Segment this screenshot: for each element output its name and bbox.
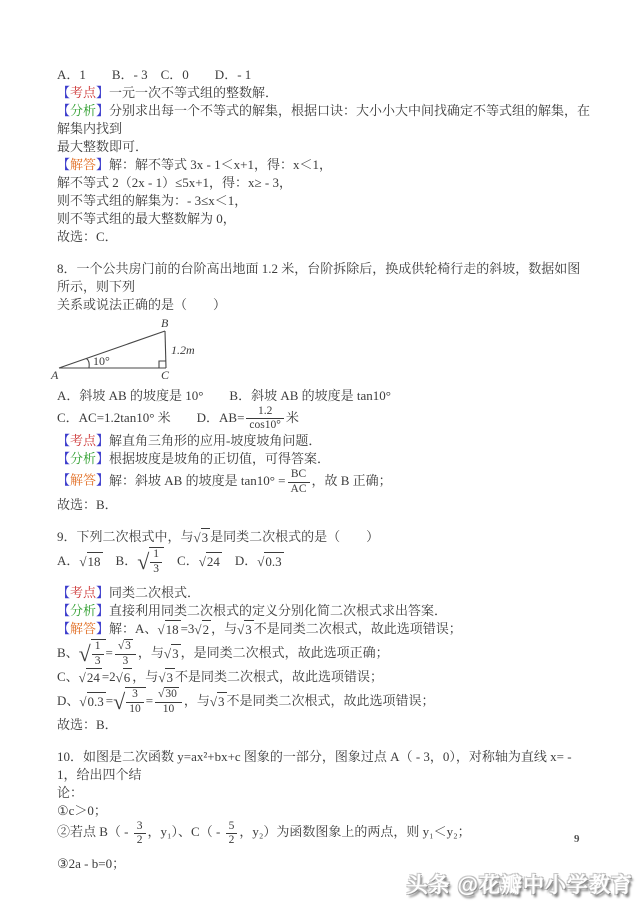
radical-sign-icon: √: [194, 529, 201, 547]
q7-jieda-line3: 则不等式组的解集为：- 3≤x＜1，: [57, 192, 591, 210]
q7-kaodian-text: 一元一次不等式组的整数解．: [109, 85, 278, 100]
q9-kaodian-line: 【考点】同类二次根式．: [57, 584, 591, 602]
radicand: 24: [206, 552, 222, 571]
numerator: 5: [226, 820, 238, 834]
q9-jieda-line-d: D、√0.3=√310=√3010，与√3不是同类二次根式，故此选项错误；: [57, 687, 591, 715]
q10-conclusion-2: ②若点 B（ - 32，y₁）、C（ - 52，y₂）为函数图象上的两点，则 y…: [57, 820, 591, 847]
kaodian-label: 考点: [70, 85, 96, 100]
text-run: ，y₂）为函数图象上的两点，则 y₁＜y₂；: [239, 824, 470, 839]
sqrt-expression: √24: [79, 668, 102, 687]
bracket-right: 】: [96, 473, 109, 488]
q9-jieda-c-math: C、√24=2√6，与√3不是同类二次根式，故此选项错误；: [57, 669, 383, 684]
radicand: 0.3: [264, 552, 283, 571]
bracket-left: 【: [57, 603, 70, 618]
jieda-label: 解答: [70, 621, 96, 636]
q7-jieda-line4: 则不等式组的最大整数解为 0，: [57, 210, 591, 228]
q8-triangle-figure: A C B 1.2m 10°: [49, 317, 591, 383]
q8-fenxi-line: 【分析】根据坡度是坡角的正切值，可得答案．: [57, 450, 591, 468]
fenxi-tag: 【分析】: [57, 451, 109, 466]
sqrt-expression: √2: [194, 620, 211, 639]
q8-jieda-line: 【解答】解：斜坡 AB 的坡度是 tan10° =BCAC，故 B 正确；: [57, 468, 591, 495]
jieda-label: 解答: [70, 473, 96, 488]
kaodian-tag: 【考点】: [57, 433, 109, 448]
q9-jieda-b-math: B、√13=√33，与√3，是同类二次根式，故此选项正确；: [57, 645, 389, 660]
kaodian-tag: 【考点】: [57, 585, 109, 600]
fraction: 1.2cos10°: [246, 405, 283, 432]
height-label: 1.2m: [171, 343, 195, 357]
fraction: 52: [226, 820, 238, 847]
radicand: 310: [125, 687, 146, 715]
radicand: 30: [164, 687, 179, 701]
text-run: C、: [57, 669, 79, 684]
q7-jieda-line2: 解不等式 2（2x - 1）≤5x+1，得：x≥ - 3，: [57, 174, 591, 192]
radical-sign-icon: √: [79, 553, 86, 571]
numerator: 1.2: [246, 405, 283, 419]
sqrt-expression: √18: [157, 620, 180, 639]
bracket-left: 【: [57, 433, 70, 448]
text-run: B、: [57, 645, 79, 660]
q9-answer-text: 故选：B．: [57, 717, 118, 732]
text-run: 是同类二次根式的是（ ）: [210, 529, 379, 544]
bracket-right: 】: [96, 603, 109, 618]
page-number: 9: [574, 833, 580, 845]
fenxi-tag: 【分析】: [57, 103, 109, 118]
text-run: C．AC=1.2tan10° 米 D．AB=: [57, 410, 244, 425]
kaodian-label: 考点: [70, 585, 96, 600]
q7-answer-text: 故选：C．: [57, 229, 118, 244]
numerator: BC: [288, 468, 310, 482]
jieda-label: 解答: [70, 157, 96, 172]
radicand: 3: [201, 528, 211, 547]
q10-conclusion-2-math: ②若点 B（ - 32，y₁）、C（ - 52，y₂）为函数图象上的两点，则 y…: [57, 824, 471, 839]
bracket-left: 【: [57, 473, 70, 488]
text-run: ②若点 B（ -: [57, 824, 132, 839]
kaodian-tag: 【考点】: [57, 85, 109, 100]
right-angle-mark: [159, 361, 166, 368]
text-run: D、: [57, 693, 79, 708]
q7-fenxi-text2: 最大整数即可．: [57, 139, 148, 154]
sqrt-expression: √3: [237, 620, 254, 639]
q8-answer-line: 故选：B．: [57, 496, 591, 514]
sqrt-expression: √310: [113, 687, 146, 715]
radical-sign-icon: √: [158, 669, 165, 687]
fenxi-label: 分析: [70, 603, 96, 618]
radical-sign-icon: √: [257, 553, 264, 571]
q7-fenxi-text: 分别求出每一个不等式的解集，根据口诀：大小小大中间找确定不等式组的解集，在解集内…: [57, 103, 590, 136]
fraction: BCAC: [288, 468, 310, 495]
sqrt-expression: √3: [210, 692, 227, 711]
radicand: 3: [244, 620, 254, 639]
jieda-tag: 【解答】: [57, 621, 109, 636]
q8-stem-text1: 8．一个公共房门前的台阶高出地面 1.2 米，台阶拆除后，换成供轮椅行走的斜坡，…: [57, 261, 580, 294]
fenxi-label: 分析: [70, 103, 96, 118]
vertex-a-label: A: [50, 368, 59, 382]
radicand: 18: [165, 620, 181, 639]
sqrt-expression: √6: [116, 668, 133, 687]
bracket-right: 】: [96, 157, 109, 172]
q7-options-text: A．1 B．- 3 C．0 D．- 1: [57, 67, 251, 82]
denominator: 2: [226, 834, 238, 847]
q10-stem-line2: 论：: [57, 784, 591, 802]
kaodian-label: 考点: [70, 433, 96, 448]
text-run: =2: [102, 669, 116, 684]
q7-kaodian-line: 【考点】一元一次不等式组的整数解．: [57, 84, 591, 102]
q8-stem-line1: 8．一个公共房门前的台阶高出地面 1.2 米，台阶拆除后，换成供轮椅行走的斜坡，…: [57, 260, 591, 296]
sqrt-expression: √30: [158, 687, 179, 701]
text-run: 米: [286, 410, 299, 425]
text-run: 不是同类二次根式，故此选项错误；: [254, 621, 462, 636]
sqrt-expression: √3: [118, 639, 133, 653]
q7-jieda-text3: 则不等式组的解集为：- 3≤x＜1，: [57, 193, 247, 208]
radicand: 3: [217, 692, 227, 711]
q8-kaodian-line: 【考点】解直角三角形的应用-坡度坡角问题．: [57, 432, 591, 450]
numerator: 3: [134, 820, 146, 834]
angle-label: 10°: [93, 354, 110, 368]
q8-fenxi-text: 根据坡度是坡角的正切值，可得答案．: [109, 451, 330, 466]
text-run: =3: [181, 621, 195, 636]
numerator: 3: [126, 688, 144, 702]
q8-options-cd-math: C．AC=1.2tan10° 米 D．AB=1.2cos10°米: [57, 410, 299, 425]
triangle-hypotenuse: [59, 331, 165, 368]
q7-jieda-line: 【解答】解：解不等式 3x - 1＜x+1，得：x＜1，: [57, 156, 591, 174]
bracket-left: 【: [57, 621, 70, 636]
q10-conclusion-1-text: ①c＞0；: [57, 803, 107, 818]
numerator: √3: [115, 639, 136, 654]
q10-stem-text1: 10．如图是二次函数 y=ax²+bx+c 图象的一部分，图象过点 A（ - 3…: [57, 749, 572, 782]
q10-conclusion-1: ①c＞0；: [57, 802, 591, 820]
radicand: 3: [171, 644, 181, 663]
q7-jieda-text1: 解：解不等式 3x - 1＜x+1，得：x＜1，: [109, 157, 332, 172]
sqrt-expression: √0.3: [79, 692, 105, 711]
sqrt-expression: √3: [164, 644, 181, 663]
q9-fenxi-text: 直接利用同类二次根式的定义分别化简二次根式求出答案．: [109, 603, 447, 618]
fraction: 32: [134, 820, 146, 847]
jieda-tag: 【解答】: [57, 157, 109, 172]
q9-options-line: A．√18 B．√13 C．√24 D．√0.3: [57, 547, 591, 575]
q8-stem-line2: 关系或说法正确的是（ ）: [57, 296, 591, 314]
q9-options-math: A．√18 B．√13 C．√24 D．√0.3: [57, 553, 284, 568]
sqrt-expression: √3: [158, 668, 175, 687]
denominator: 10: [126, 703, 144, 716]
text-run: ，与: [184, 693, 210, 708]
numerator: 1: [150, 548, 162, 562]
radical-sign-icon: √: [137, 551, 149, 573]
q9-fenxi-line: 【分析】直接利用同类二次根式的定义分别化简二次根式求出答案．: [57, 602, 591, 620]
text-run: C．: [164, 553, 199, 568]
text-run: ，y₁）、C（ -: [148, 824, 224, 839]
q8-options-ab-text: A．斜坡 AB 的坡度是 10° B．斜坡 AB 的坡度是 tan10°: [57, 388, 391, 403]
text-run: =: [106, 693, 113, 708]
jieda-tag: 【解答】: [57, 473, 109, 488]
radical-sign-icon: √: [210, 693, 217, 711]
text-run: D．: [222, 553, 257, 568]
sqrt-expression: √13: [79, 639, 106, 667]
bracket-right: 】: [96, 433, 109, 448]
radical-sign-icon: √: [199, 553, 206, 571]
radicand: 6: [123, 668, 133, 687]
q10-stem-line1: 10．如图是二次函数 y=ax²+bx+c 图象的一部分，图象过点 A（ - 3…: [57, 748, 591, 784]
denominator: AC: [288, 483, 310, 496]
numerator: 1: [92, 640, 104, 654]
denominator: 3: [150, 563, 162, 576]
q8-options-ab-line: A．斜坡 AB 的坡度是 10° B．斜坡 AB 的坡度是 tan10°: [57, 387, 591, 405]
q10-conclusion-3-text: ③2a - b=0；: [57, 856, 125, 871]
text-run: ，与: [211, 621, 237, 636]
radicand: 13: [149, 547, 164, 575]
radicand: 24: [86, 668, 102, 687]
bracket-left: 【: [57, 451, 70, 466]
q9-jieda-line-a: 【解答】解：A、√18=3√2，与√3不是同类二次根式，故此选项错误；: [57, 620, 591, 640]
radical-sign-icon: √: [237, 621, 244, 639]
radical-sign-icon: √: [164, 645, 171, 663]
q7-answer-line: 故选：C．: [57, 228, 591, 246]
q9-stem-math: 9．下列二次根式中，与√3是同类二次根式的是（ ）: [57, 529, 379, 544]
sqrt-expression: √18: [79, 552, 102, 571]
text-run: =: [106, 645, 113, 660]
q9-kaodian-text: 同类二次根式．: [109, 585, 200, 600]
q8-options-cd-line: C．AC=1.2tan10° 米 D．AB=1.2cos10°米: [57, 405, 591, 432]
angle-arc: [87, 359, 90, 369]
radicand: 18: [87, 552, 103, 571]
bracket-right: 】: [96, 451, 109, 466]
watermark-text: 头条 @花瓣中小学教育: [407, 869, 633, 899]
radical-sign-icon: √: [79, 643, 91, 665]
radical-sign-icon: √: [116, 669, 123, 687]
bracket-right: 】: [96, 103, 109, 118]
bracket-left: 【: [57, 157, 70, 172]
text-run: 9．下列二次根式中，与: [57, 529, 194, 544]
q7-jieda-text4: 则不等式组的最大整数解为 0，: [57, 211, 236, 226]
q8-answer-text: 故选：B．: [57, 497, 118, 512]
q9-answer-line: 故选：B．: [57, 716, 591, 734]
bracket-right: 】: [96, 585, 109, 600]
q7-jieda-text2: 解不等式 2（2x - 1）≤5x+1，得：x≥ - 3，: [57, 175, 292, 190]
fraction: 13: [92, 640, 104, 667]
denominator: 2: [134, 834, 146, 847]
sqrt-expression: √13: [137, 547, 164, 575]
radical-sign-icon: √: [157, 621, 164, 639]
text-run: ，与: [138, 645, 164, 660]
numerator: √30: [155, 687, 182, 702]
sqrt-expression: √0.3: [257, 552, 283, 571]
fenxi-label: 分析: [70, 451, 96, 466]
sqrt-expression: √3: [194, 528, 211, 547]
text-run: A．: [57, 553, 79, 568]
denominator: cos10°: [246, 419, 283, 432]
denominator: 10: [155, 703, 182, 716]
q8-jieda-math: 解：斜坡 AB 的坡度是 tan10° =BCAC，故 B 正确；: [109, 473, 392, 488]
radical-sign-icon: √: [113, 691, 125, 713]
bracket-right: 】: [96, 85, 109, 100]
radical-sign-icon: √: [79, 669, 86, 687]
fenxi-tag: 【分析】: [57, 603, 109, 618]
fraction: 13: [150, 548, 162, 575]
text-run: =: [146, 693, 153, 708]
denominator: 3: [115, 655, 136, 668]
text-run: B．: [103, 553, 138, 568]
fraction: 310: [126, 688, 144, 715]
q7-options-line: A．1 B．- 3 C．0 D．- 1: [57, 66, 591, 84]
triangle-diagram: A C B 1.2m 10°: [49, 317, 249, 383]
q9-jieda-d-math: D、√0.3=√310=√3010，与√3不是同类二次根式，故此选项错误；: [57, 693, 435, 708]
radicand: 3: [124, 639, 133, 653]
radicand: 0.3: [87, 692, 106, 711]
denominator: 3: [92, 655, 104, 668]
q9-jieda-a-math: 解：A、√18=3√2，与√3不是同类二次根式，故此选项错误；: [109, 621, 462, 636]
text-run: 解：A、: [109, 621, 157, 636]
text-run: ，与: [132, 669, 158, 684]
text-run: 不是同类二次根式，故此选项错误；: [175, 669, 383, 684]
q7-fenxi-line2: 最大整数即可．: [57, 138, 591, 156]
q8-stem-text2: 关系或说法正确的是（ ）: [57, 297, 226, 312]
q10-stem-text2: 论：: [57, 785, 83, 800]
q9-stem-line: 9．下列二次根式中，与√3是同类二次根式的是（ ）: [57, 528, 591, 548]
q9-jieda-line-b: B、√13=√33，与√3，是同类二次根式，故此选项正确；: [57, 639, 591, 667]
vertex-b-label: B: [161, 317, 169, 330]
radicand: 3: [165, 668, 175, 687]
triangle-vertical: [165, 331, 166, 368]
radical-sign-icon: √: [79, 693, 86, 711]
text-run: 解：斜坡 AB 的坡度是 tan10° =: [109, 473, 285, 488]
radicand: 2: [202, 620, 212, 639]
text-run: 不是同类二次根式，故此选项错误；: [227, 693, 435, 708]
bracket-left: 【: [57, 585, 70, 600]
document-content: A．1 B．- 3 C．0 D．- 1 【考点】一元一次不等式组的整数解． 【分…: [57, 66, 591, 873]
bracket-right: 】: [96, 621, 109, 636]
q9-jieda-line-c: C、√24=2√6，与√3不是同类二次根式，故此选项错误；: [57, 668, 591, 688]
q8-kaodian-text: 解直角三角形的应用-坡度坡角问题．: [109, 433, 321, 448]
vertex-c-label: C: [161, 368, 170, 382]
q7-fenxi-line: 【分析】分别求出每一个不等式的解集，根据口诀：大小小大中间找确定不等式组的解集，…: [57, 102, 591, 138]
text-run: ，是同类二次根式，故此选项正确；: [181, 645, 389, 660]
radical-sign-icon: √: [194, 621, 201, 639]
sqrt-expression: √24: [199, 552, 222, 571]
bracket-left: 【: [57, 103, 70, 118]
document-page: A．1 B．- 3 C．0 D．- 1 【考点】一元一次不等式组的整数解． 【分…: [0, 0, 640, 906]
text-run: ，故 B 正确；: [312, 473, 392, 488]
fraction: √3010: [155, 687, 182, 715]
fraction: √33: [115, 639, 136, 667]
bracket-left: 【: [57, 85, 70, 100]
radicand: 13: [91, 639, 106, 667]
